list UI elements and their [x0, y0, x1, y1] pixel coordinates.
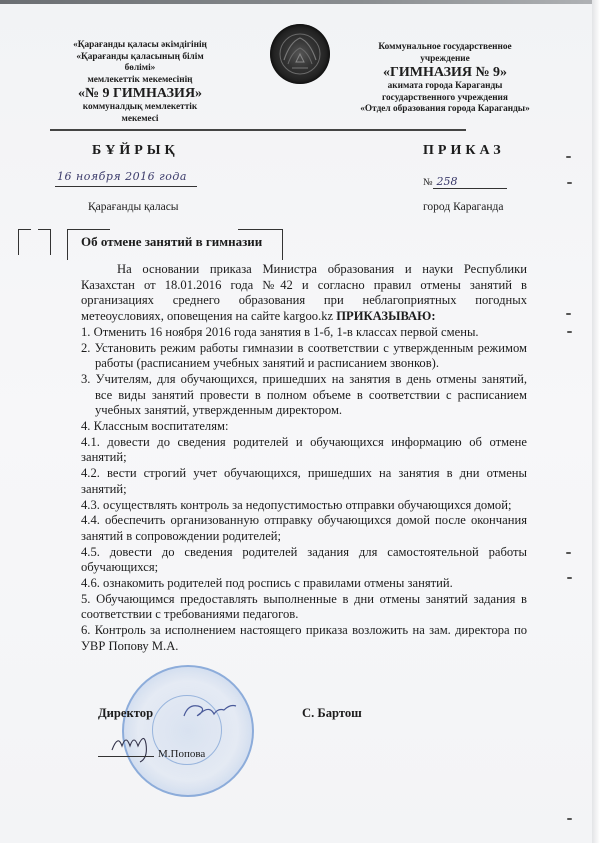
preamble-command: ПРИКАЗЫВАЮ:: [336, 309, 435, 323]
acknowledgement-line: М.Попова: [98, 748, 205, 760]
acknowledged-by-name: М.Попова: [158, 748, 205, 760]
header-left-line: мекемесі: [60, 114, 220, 126]
header-right-line: учреждение: [360, 54, 530, 66]
scanned-document-page: «Қарағанды қаласы әкімдігінің «Қарағанды…: [0, 0, 600, 843]
order-item: 5. Обучающимся предоставлять выполненные…: [81, 592, 527, 623]
preamble-text: На основании приказа Министра образовани…: [81, 262, 527, 323]
order-subitem: 4.3. осуществлять контроль за недопустим…: [81, 498, 527, 514]
order-date-handwritten: 16 ноября 2016 года: [55, 170, 197, 187]
order-number: №258: [423, 175, 507, 189]
scan-speck: [567, 182, 572, 184]
order-subitem: 4.5. довести до сведения родителей задан…: [81, 545, 527, 576]
order-item: 4. Классным воспитателям:: [81, 419, 527, 435]
order-item: 6. Контроль за исполнением настоящего пр…: [81, 623, 527, 654]
header-left-line: «Қарағанды қаласы әкімдігінің: [60, 40, 220, 52]
header-right-russian: Коммунальное государственное учреждение …: [360, 42, 530, 116]
header-left-line: «Қарағанды қаласының білім бөлімі»: [60, 52, 220, 75]
director-signature-icon: [180, 700, 240, 722]
header-left-school-name: «№ 9 ГИМНАЗИЯ»: [60, 86, 220, 102]
margin-bracket-left: [18, 229, 31, 255]
header-left-line: мемлекеттік мекемесінің: [60, 75, 220, 87]
signatory-role: Директор: [98, 706, 153, 721]
header-left-line: коммуналдық мемлекеттік: [60, 102, 220, 114]
header-right-line: Коммунальное государственное: [360, 42, 530, 54]
city-russian: город Караганда: [423, 201, 503, 213]
order-subitem: 4.1. довести до сведения родителей и обу…: [81, 435, 527, 466]
header-right-line: «Отдел образования города Караганды»: [360, 104, 530, 116]
order-subitem: 4.6. ознакомить родителей под роспись с …: [81, 576, 527, 592]
margin-bracket-left-inner: [38, 229, 51, 255]
scan-speck: [566, 156, 571, 158]
order-title-kazakh: БҰЙРЫҚ: [92, 143, 179, 159]
scan-speck: [566, 552, 571, 554]
header-right-line: акимата города Караганды: [360, 81, 530, 93]
scan-speck: [567, 818, 572, 820]
order-item: 1. Отменить 16 ноября 2016 года занятия …: [81, 325, 527, 341]
preamble-paragraph: На основании приказа Министра образовани…: [81, 262, 527, 325]
header-right-line: государственного учреждения: [360, 93, 530, 105]
order-item: 3. Учителям, для обучающихся, пришедших …: [81, 372, 527, 419]
city-kazakh: Қарағанды қаласы: [88, 201, 179, 213]
order-item: 2. Установить режим работы гимназии в со…: [81, 341, 527, 372]
signature-underline: [98, 756, 154, 757]
order-number-handwritten: 258: [433, 175, 507, 189]
scan-speck: [567, 331, 572, 333]
order-title-russian: ПРИКАЗ: [423, 143, 505, 159]
scan-right-edge: [592, 0, 600, 843]
order-subitem: 4.2. вести строгий учет обучающихся, при…: [81, 466, 527, 497]
scan-speck: [566, 313, 571, 315]
director-name: С. Бартош: [302, 706, 362, 721]
header-left-kazakh: «Қарағанды қаласы әкімдігінің «Қарағанды…: [60, 40, 220, 125]
scan-top-edge: [0, 0, 600, 4]
header-divider: [50, 129, 466, 131]
order-number-prefix: №: [423, 177, 433, 188]
document-body: На основании приказа Министра образовани…: [81, 262, 527, 655]
state-emblem-icon: [270, 24, 330, 84]
scan-speck: [567, 577, 572, 579]
order-subitem: 4.4. обеспечить организованную отправку …: [81, 513, 527, 544]
document-subject: Об отмене занятий в гимназии: [81, 234, 262, 250]
header-right-school-name: «ГИМНАЗИЯ № 9»: [360, 65, 530, 81]
